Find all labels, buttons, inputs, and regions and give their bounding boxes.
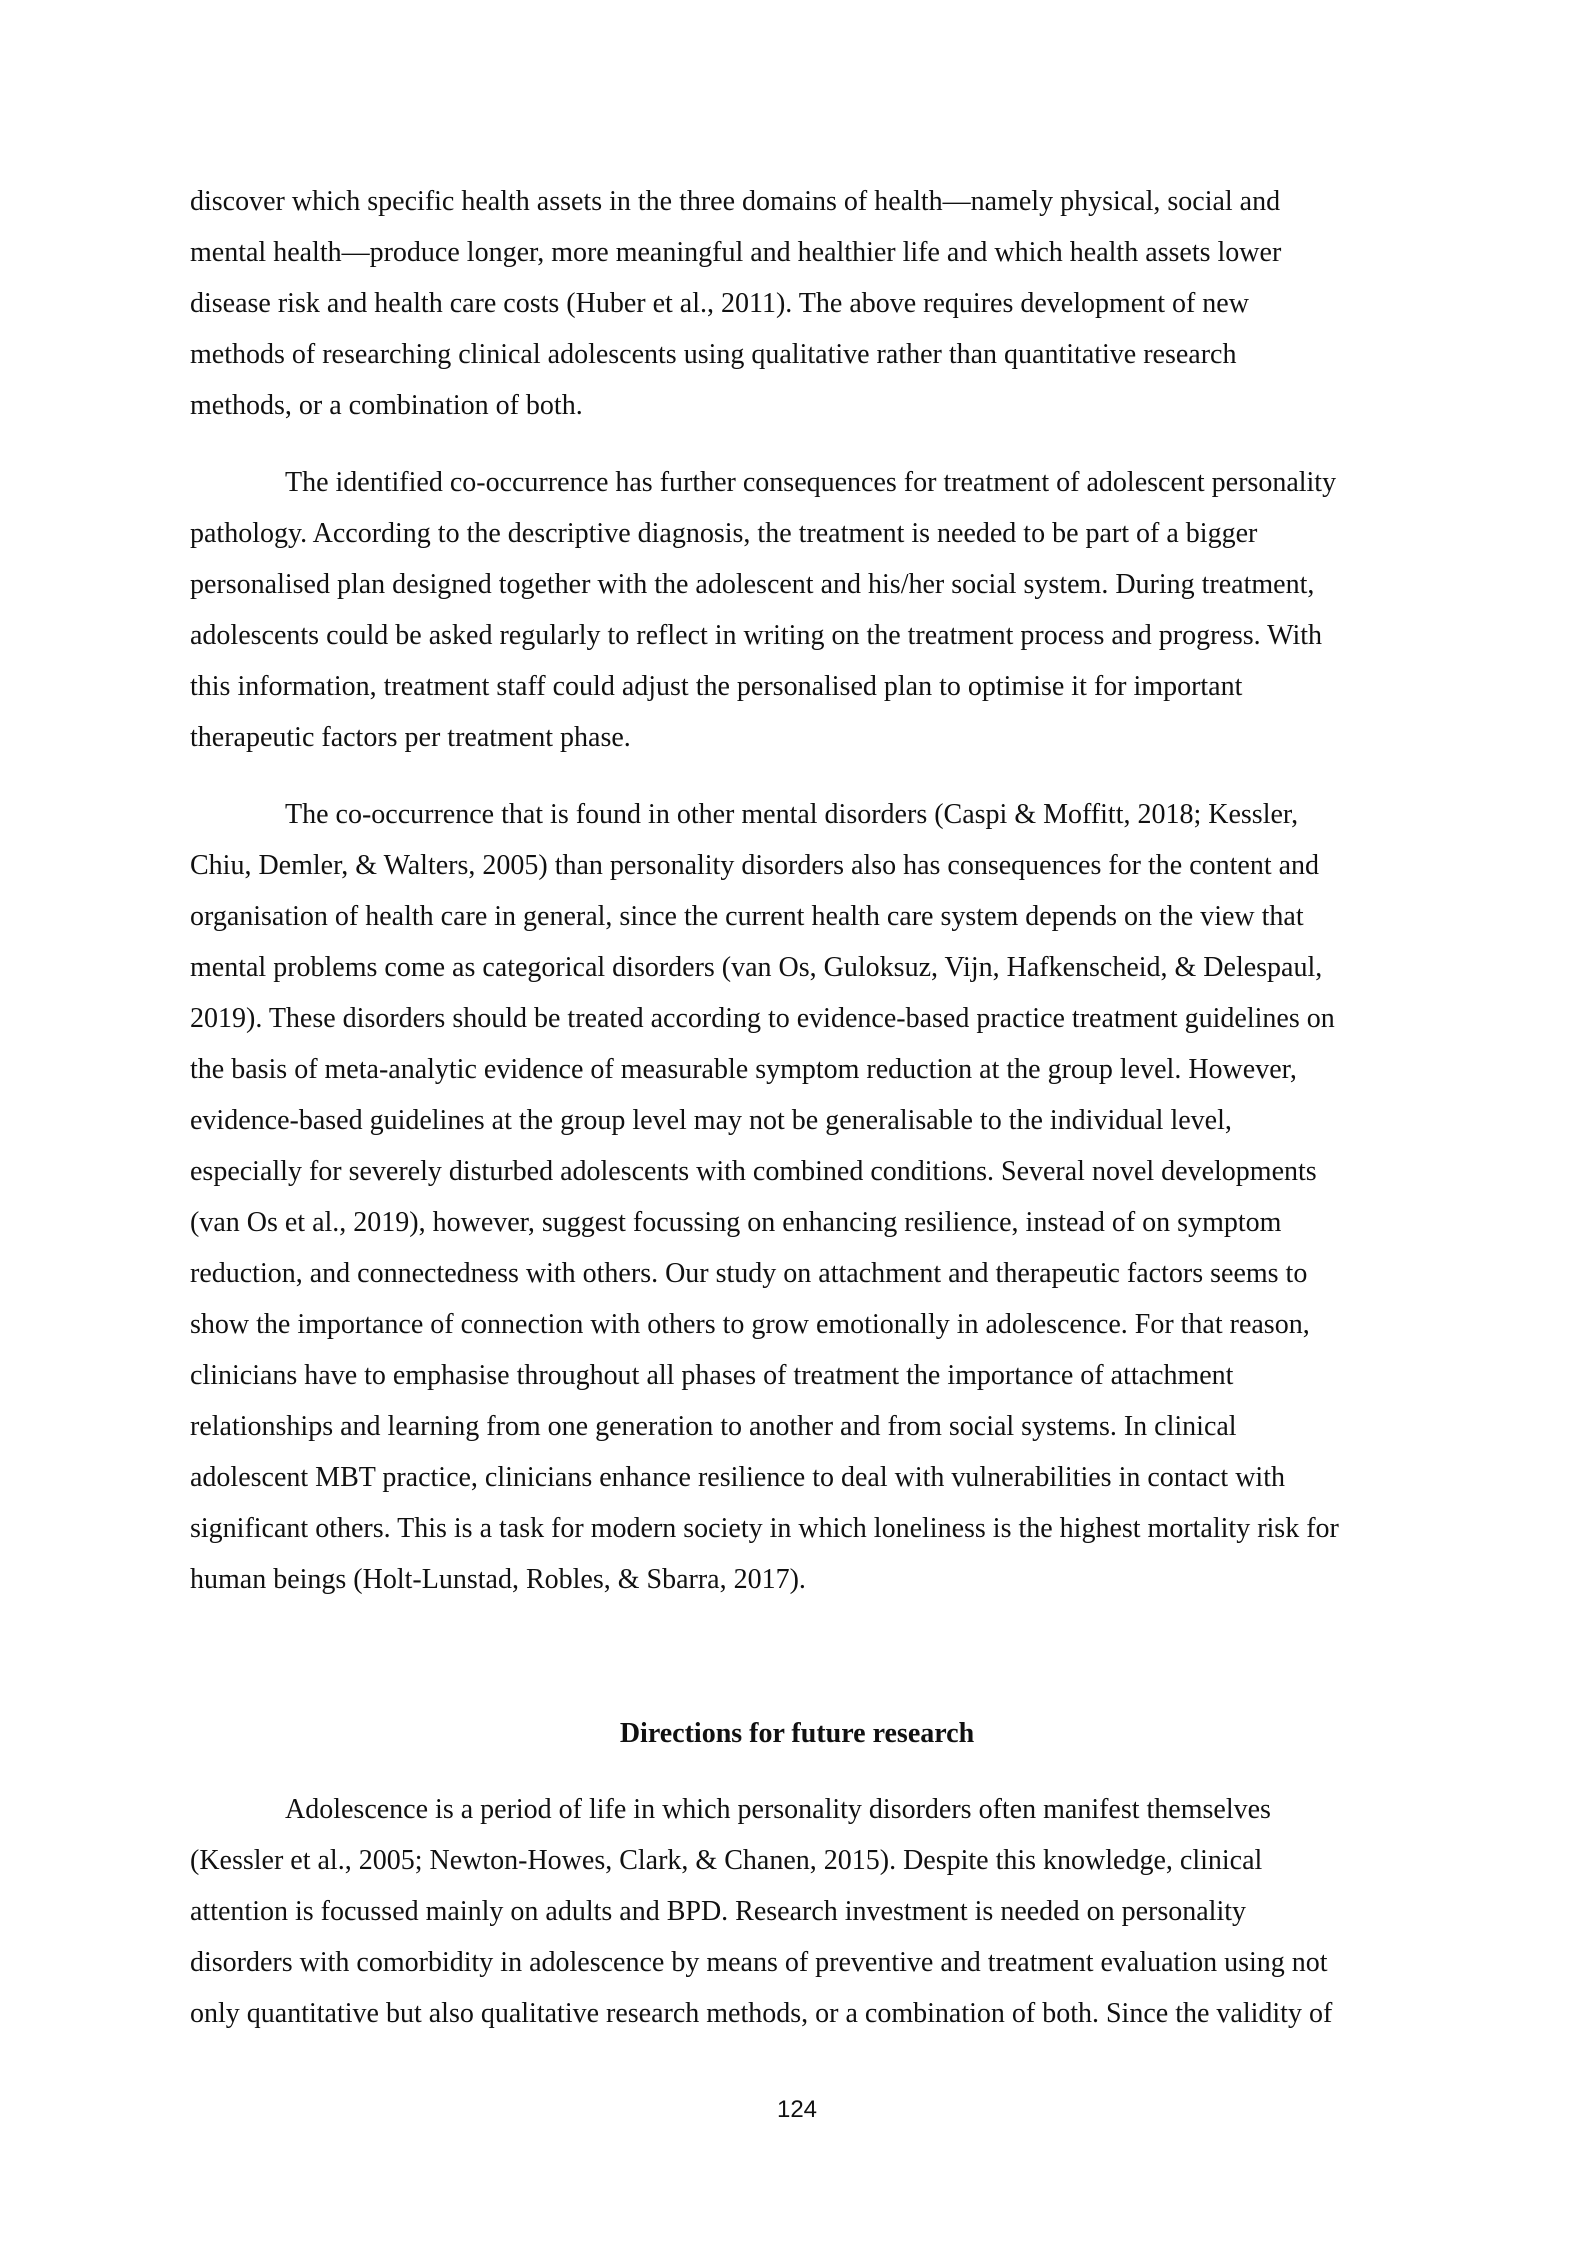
- text-line: the basis of meta-analytic evidence of m…: [190, 1044, 1420, 1095]
- text-line: relationships and learning from one gene…: [190, 1401, 1420, 1452]
- text-line: significant others. This is a task for m…: [190, 1503, 1420, 1554]
- paragraph-health-assets: discover which specific health assets in…: [190, 176, 1420, 431]
- paragraph-treatment-consequences: The identified co-occurrence has further…: [190, 457, 1420, 763]
- text-line: disorders with comorbidity in adolescenc…: [190, 1937, 1420, 1988]
- text-line: therapeutic factors per treatment phase.: [190, 712, 1420, 763]
- text-line: adolescents could be asked regularly to …: [190, 610, 1420, 661]
- document-page: discover which specific health assets in…: [190, 176, 1420, 2065]
- text-line: reduction, and connectedness with others…: [190, 1248, 1420, 1299]
- text-line: evidence-based guidelines at the group l…: [190, 1095, 1420, 1146]
- text-line: discover which specific health assets in…: [190, 176, 1420, 227]
- text-line: attention is focussed mainly on adults a…: [190, 1886, 1420, 1937]
- paragraph-future-research: Adolescence is a period of life in which…: [190, 1784, 1420, 2039]
- text-line: The co-occurrence that is found in other…: [190, 789, 1420, 840]
- text-line: adolescent MBT practice, clinicians enha…: [190, 1452, 1420, 1503]
- text-line: Adolescence is a period of life in which…: [190, 1784, 1420, 1835]
- text-line: pathology. According to the descriptive …: [190, 508, 1420, 559]
- text-line: (Kessler et al., 2005; Newton-Howes, Cla…: [190, 1835, 1420, 1886]
- text-line: mental health—produce longer, more meani…: [190, 227, 1420, 278]
- text-line: methods of researching clinical adolesce…: [190, 329, 1420, 380]
- page-number: 124: [0, 2095, 1594, 2125]
- text-line: clinicians have to emphasise throughout …: [190, 1350, 1420, 1401]
- text-line: organisation of health care in general, …: [190, 891, 1420, 942]
- text-line: 2019). These disorders should be treated…: [190, 993, 1420, 1044]
- paragraph-health-care-organisation: The co-occurrence that is found in other…: [190, 789, 1420, 1605]
- text-line: human beings (Holt-Lunstad, Robles, & Sb…: [190, 1554, 1420, 1605]
- text-line: Chiu, Demler, & Walters, 2005) than pers…: [190, 840, 1420, 891]
- text-line: this information, treatment staff could …: [190, 661, 1420, 712]
- section-heading: Directions for future research: [190, 1708, 1404, 1759]
- text-line: show the importance of connection with o…: [190, 1299, 1420, 1350]
- text-line: only quantitative but also qualitative r…: [190, 1988, 1420, 2039]
- text-line: mental problems come as categorical diso…: [190, 942, 1420, 993]
- text-line: disease risk and health care costs (Hube…: [190, 278, 1420, 329]
- text-line: especially for severely disturbed adoles…: [190, 1146, 1420, 1197]
- section-heading-block: Directions for future research: [190, 1708, 1404, 1759]
- text-line: personalised plan designed together with…: [190, 559, 1420, 610]
- text-line: The identified co-occurrence has further…: [190, 457, 1420, 508]
- text-line: methods, or a combination of both.: [190, 380, 1420, 431]
- text-line: (van Os et al., 2019), however, suggest …: [190, 1197, 1420, 1248]
